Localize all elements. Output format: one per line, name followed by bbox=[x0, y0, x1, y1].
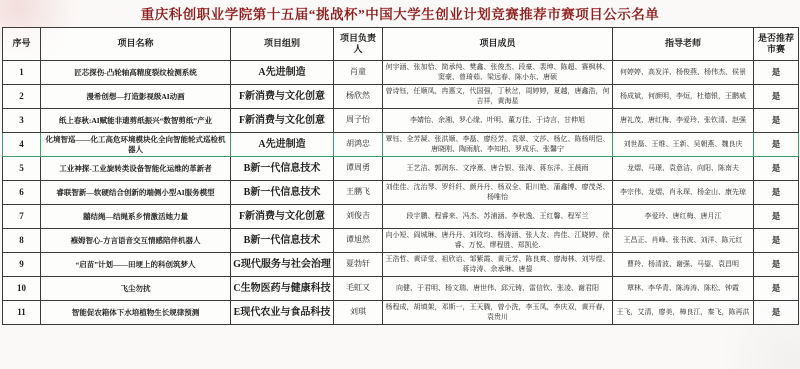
cell-advisors: 李爱玲、唐红梅、唐月江 bbox=[613, 205, 754, 229]
cell-leader: 刘琪 bbox=[334, 301, 383, 325]
cell-name: 匠芯探伤-凸轮轴高精度裂纹检测系统 bbox=[41, 61, 231, 85]
cell-members: 段宇鹏、程睿来、冯杰、苏浦涵、李秋逸、王红馨、程军兰 bbox=[383, 205, 613, 229]
cell-advisors: 唐礼茂、唐红梅、李爱玲、张钦清、赵强 bbox=[613, 109, 754, 133]
table-row: 3纸上春秋:AI赋能非遗剪纸振兴“数智剪纸”产业F新消费与文化创意周子怡李婧怡、… bbox=[3, 109, 799, 133]
table-row: 10飞尘勿扰C生物医药与健康科技毛虹又向健、于君明、杨文瑞、唐世伟、邱元铸、雷信… bbox=[3, 277, 799, 301]
cell-group: G现代服务与社会治理 bbox=[231, 253, 334, 277]
cell-advisors: 覃林、李华青、陈涛涛、陈松、钟霞 bbox=[613, 277, 754, 301]
cell-group: B新一代信息技术 bbox=[231, 157, 334, 181]
cell-group: C生物医药与健康科技 bbox=[231, 277, 334, 301]
cell-no: 9 bbox=[3, 253, 41, 277]
cell-leader: 毛虹又 bbox=[334, 277, 383, 301]
table-body: 1匠芯探伤-凸轮轴高精度裂纹检测系统A先进制造肖童何宇涵、张加恰、简承纯、樊鑫、… bbox=[3, 61, 799, 325]
cell-name: 褓姆智心-方言语音交互情感陪伴机器人 bbox=[41, 229, 231, 253]
table-row: 5工业神探-工业旋转类设备智能化运维的革新者B新一代信息技术谭周勇王艺洁、郭润东… bbox=[3, 157, 799, 181]
cell-members: 刘佳佳、沈治琴、罗纤纤、颜丹丹、杨双全、阳川艳、蒲鑫博、廖茂尧、杨唯怡 bbox=[383, 181, 613, 205]
cell-group: B新一代信息技术 bbox=[231, 229, 334, 253]
cell-no: 4 bbox=[3, 133, 41, 157]
cell-group: B新一代信息技术 bbox=[231, 181, 334, 205]
cell-name: 工业神探-工业旋转类设备智能化运维的革新者 bbox=[41, 157, 231, 181]
cell-members: 曾诗钰，任顺凤，冉惠文，代国强，丁秋岔，周婷婷，夏越，唐鑫浩，何吉祥，黄海星 bbox=[383, 85, 613, 109]
cell-advisors: 王飞，艾清，廖美，樟良江，秦飞，陈再洪 bbox=[613, 301, 754, 325]
header-members: 项目成员 bbox=[383, 28, 613, 61]
cell-name: 化境智巡——化工高危环境模块化全向智能轮式巡检机器人 bbox=[41, 133, 231, 157]
cell-advisors: 何婷婷、高发洋、杨俊燕、杨伟杰、侯景 bbox=[613, 61, 754, 85]
cell-advisors: 王昌正、肖峰、张书波、刘洋、陈元红 bbox=[613, 229, 754, 253]
cell-advisors: 李宗伟、龙熠、肖永琛、杨金山、康先琼 bbox=[613, 181, 754, 205]
cell-name: “启苗”计划——田埂上的科创筑梦人 bbox=[41, 253, 231, 277]
cell-recommended: 是 bbox=[754, 229, 799, 253]
cell-leader: 谭旭然 bbox=[334, 229, 383, 253]
table-row: 1匠芯探伤-凸轮轴高精度裂纹检测系统A先进制造肖童何宇涵、张加恰、简承纯、樊鑫、… bbox=[3, 61, 799, 85]
cell-no: 3 bbox=[3, 109, 41, 133]
cell-members: 向小短、阎城琳、唐丹丹、刘玫均、杨涛涵、张人友、冉佳、江晓婷、徐睿、万悦、缪程胜… bbox=[383, 229, 613, 253]
table-row: 8褓姆智心-方言语音交互情感陪伴机器人B新一代信息技术谭旭然向小短、阎城琳、唐丹… bbox=[3, 229, 799, 253]
cell-members: 杨程成，胡填架，邓斯一，王天腾，曾小洗，李玉凤，李庆双，黄开春，袁贵川 bbox=[383, 301, 613, 325]
cell-name: 智能促农箱体下水培植物生长规律预测 bbox=[41, 301, 231, 325]
cell-recommended: 是 bbox=[754, 253, 799, 277]
cell-leader: 刘俊吉 bbox=[334, 205, 383, 229]
header-recommended: 是否推荐市赛 bbox=[754, 28, 799, 61]
cell-group: A先进制造 bbox=[231, 133, 334, 157]
cell-leader: 王鹏飞 bbox=[334, 181, 383, 205]
cell-no: 11 bbox=[3, 301, 41, 325]
cell-name: 纸上春秋:AI赋能非遗剪纸振兴“数智剪纸”产业 bbox=[41, 109, 231, 133]
cell-group: A先进制造 bbox=[231, 61, 334, 85]
cell-no: 10 bbox=[3, 277, 41, 301]
table-row: 6睿联智新—软硬结合创新的端侧小型AI服务模型B新一代信息技术王鹏飞刘佳佳、沈治… bbox=[3, 181, 799, 205]
cell-recommended: 是 bbox=[754, 301, 799, 325]
cell-advisors: 龙熠、马璟、袁意洁、向阳、陈南夫 bbox=[613, 157, 754, 181]
table-row: 9“启苗”计划——田埂上的科创筑梦人G现代服务与社会治理夏勃轩王浩哲、黄译莹、祖… bbox=[3, 253, 799, 277]
cell-members: 王浩哲、黄译莹、祖欣诒、邹紫霞、黄元芳、陈良爽、廖海林、刘岑煜、蒋诗涛、余承琳、… bbox=[383, 253, 613, 277]
header-name: 项目名称 bbox=[41, 28, 231, 61]
cell-recommended: 是 bbox=[754, 181, 799, 205]
projects-table: 序号 项目名称 项目组别 项目负责人 项目成员 指导老师 是否推荐市赛 1匠芯探… bbox=[2, 27, 799, 325]
cell-name: 囍结绳—结绳系乡情激活她力量 bbox=[41, 205, 231, 229]
cell-members: 李婧怡、余湘、罗心缘、叶明、董万佳、于诗言、甘伸旭 bbox=[383, 109, 613, 133]
cell-advisors: 曹羚、杨清波、谢强、马鋆、袁昌明 bbox=[613, 253, 754, 277]
cell-leader: 胡鸿忠 bbox=[334, 133, 383, 157]
cell-leader: 杨欣然 bbox=[334, 85, 383, 109]
table-row: 7囍结绳—结绳系乡情激活她力量F新消费与文化创意刘俊吉段宇鹏、程睿来、冯杰、苏浦… bbox=[3, 205, 799, 229]
cell-group: F新消费与文化创意 bbox=[231, 85, 334, 109]
cell-leader: 周子怡 bbox=[334, 109, 383, 133]
cell-members: 王艺洁、郭润东、文浡熹、唐合银、张涛、蒋东洋、王晨雨 bbox=[383, 157, 613, 181]
table-row: 11智能促农箱体下水培植物生长规律预测E现代农业与食品科技刘琪杨程成，胡填架，邓… bbox=[3, 301, 799, 325]
cell-no: 2 bbox=[3, 85, 41, 109]
cell-no: 8 bbox=[3, 229, 41, 253]
cell-name: 睿联智新—软硬结合创新的端侧小型AI服务模型 bbox=[41, 181, 231, 205]
cell-members: 向健、于君明、杨文瑞、唐世伟、邱元铸、雷信钦、张凌、谢君阳 bbox=[383, 277, 613, 301]
cell-name: 漫希创想—打造影视级AI动画 bbox=[41, 85, 231, 109]
cell-leader: 肖童 bbox=[334, 61, 383, 85]
header-group: 项目组别 bbox=[231, 28, 334, 61]
cell-leader: 谭周勇 bbox=[334, 157, 383, 181]
header-advisors: 指导老师 bbox=[613, 28, 754, 61]
cell-group: F新消费与文化创意 bbox=[231, 205, 334, 229]
cell-group: F新消费与文化创意 bbox=[231, 109, 334, 133]
cell-recommended: 是 bbox=[754, 205, 799, 229]
cell-no: 7 bbox=[3, 205, 41, 229]
table-row: 2漫希创想—打造影视级AI动画F新消费与文化创意杨欣然曾诗钰，任顺凤，冉惠文，代… bbox=[3, 85, 799, 109]
cell-no: 5 bbox=[3, 157, 41, 181]
cell-advisors: 刘世磊、王维、王新、吴朝燕、魏良庆 bbox=[613, 133, 754, 157]
cell-recommended: 是 bbox=[754, 277, 799, 301]
cell-members: 何宇涵、张加恰、简承纯、樊鑫、张俊杰、段豪、裴坤、陈超、赛枫林、窦豪、曾琦茹、梁… bbox=[383, 61, 613, 85]
table-header-row: 序号 项目名称 项目组别 项目负责人 项目成员 指导老师 是否推荐市赛 bbox=[3, 28, 799, 61]
page-title: 重庆科创职业学院第十五届“挑战杯”中国大学生创业计划竞赛推荐市赛项目公示名单 bbox=[0, 0, 800, 27]
header-no: 序号 bbox=[3, 28, 41, 61]
cell-no: 1 bbox=[3, 61, 41, 85]
cell-recommended: 是 bbox=[754, 133, 799, 157]
cell-advisors: 杨成斌，何颜明，李烜，杜德银，王鹏威 bbox=[613, 85, 754, 109]
cell-members: 覃钰、全芳凝、张洪顺、李磊、廖经芳、袁翠、文莎、杨亿、陈杨明恺、唐晓刚、陶雨航、… bbox=[383, 133, 613, 157]
cell-recommended: 是 bbox=[754, 85, 799, 109]
cell-no: 6 bbox=[3, 181, 41, 205]
cell-group: E现代农业与食品科技 bbox=[231, 301, 334, 325]
table-row: 4化境智巡——化工高危环境模块化全向智能轮式巡检机器人A先进制造胡鸿忠覃钰、全芳… bbox=[3, 133, 799, 157]
cell-leader: 夏勃轩 bbox=[334, 253, 383, 277]
cell-name: 飞尘勿扰 bbox=[41, 277, 231, 301]
cell-recommended: 是 bbox=[754, 109, 799, 133]
header-leader: 项目负责人 bbox=[334, 28, 383, 61]
cell-recommended: 是 bbox=[754, 157, 799, 181]
cell-recommended: 是 bbox=[754, 61, 799, 85]
